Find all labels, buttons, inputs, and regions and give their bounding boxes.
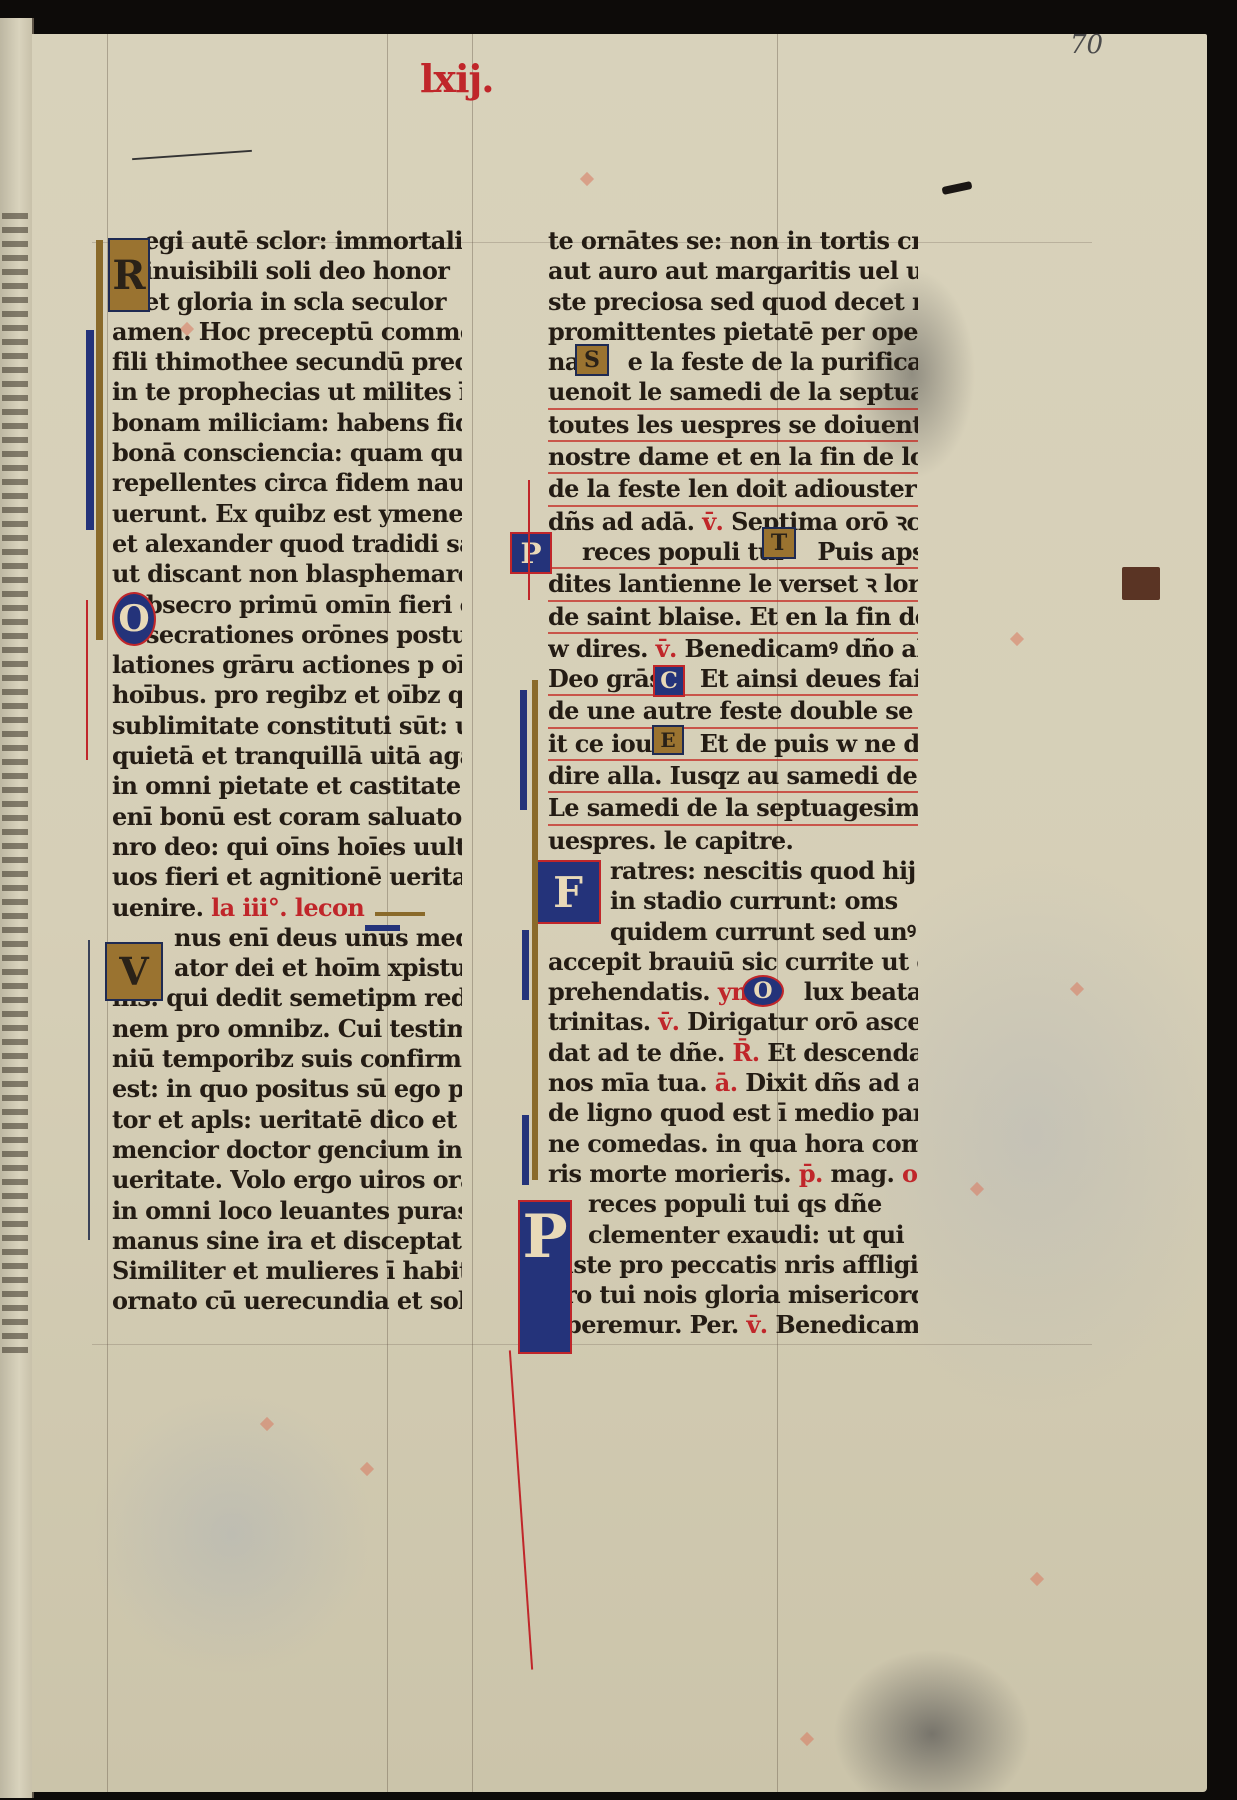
text-line: dat ad te dñe. R̄. Et descendat sup: [548, 1038, 918, 1068]
text-line: dites lantienne le verset ꝛ loreisō: [548, 569, 918, 601]
line-filler-blue: [365, 925, 400, 931]
text-line: et gloria in scla seculor: [112, 287, 462, 317]
rubric: v̄.: [658, 1007, 679, 1036]
text-line: ratres: nescitis quod hij q̄: [548, 856, 918, 886]
text-line: nus enī deus unus medi: [112, 923, 462, 953]
text-line: et alexander quod tradidi sathane:: [112, 529, 462, 559]
text-segment: Dixit dñs ad adā: [745, 1068, 918, 1097]
text-line: ueritate. Volo ergo uiros orare: [112, 1165, 462, 1195]
text-line: bonam miliciam: habens fidē et: [112, 408, 462, 438]
text-segment: dat ad te dñe.: [548, 1038, 725, 1067]
text-line: dire alla. Iusqz au samedi de pasqz.: [548, 761, 918, 793]
text-line: quietā et tranquillā uitā agam: [112, 741, 462, 771]
text-line: w dires. v̄. Benedicamꝰ dño alla al.: [548, 634, 918, 664]
text-line: bsecro primū omīn fieri ob: [112, 590, 462, 620]
text-segment: dñs ad adā.: [548, 507, 694, 536]
blue-initial-p: P: [510, 532, 552, 574]
text-segment: lux beata: [804, 977, 918, 1006]
initial-border-blue: [522, 930, 529, 1000]
text-segment: Deo grās.: [548, 664, 670, 693]
text-line: de ligno quod est ī medio paradisi: [548, 1098, 918, 1128]
text-line: de une autre feste double se elle ueno: [548, 696, 918, 728]
text-line: accepit brauiū sic currite ut cō: [548, 947, 918, 977]
marginal-flourish: [580, 172, 594, 186]
text-line: nostre dame et en la fin de loreison: [548, 442, 918, 474]
left-column: egi autē sclor: immortali inuisibili sol…: [112, 226, 462, 1317]
blue-initial-c: C: [653, 665, 685, 697]
text-line: in te prophecias ut milites ī illis: [112, 377, 462, 407]
text-line: de saint blaise. Et en la fin de loreisō: [548, 602, 918, 634]
illuminated-initial-o: O: [112, 592, 156, 646]
pen-flourish-red: [86, 600, 88, 760]
text-line: Deo grās.Et ainsi deues faire: [548, 664, 918, 696]
text-line: in omni loco leuantes puras: [112, 1196, 462, 1226]
rubric: la iii°. lecon: [211, 893, 364, 922]
right-column: te ornātes se: non in tortis crinib: aut…: [548, 226, 918, 1341]
initial-border-blue: [522, 1115, 529, 1185]
text-line: est: in quo positus sū ego pdica: [112, 1074, 462, 1104]
ruling-line: [472, 34, 473, 1792]
pen-stroke: [132, 150, 252, 160]
text-segment: Septima orō ꝛc.: [731, 507, 918, 536]
initial-border-gold: [96, 240, 103, 640]
text-segment: Et ainsi deues faire: [700, 664, 918, 693]
rubric: v̄.: [656, 634, 677, 663]
text-segment: Benedicamꝰ dño alla al.: [685, 634, 918, 663]
text-line: repellentes circa fidem naufraga: [112, 468, 462, 498]
initial-border-blue: [86, 330, 94, 530]
text-line: lationes grāru actiones p oībz: [112, 650, 462, 680]
text-line: promittentes pietatē per opera bo: [548, 317, 918, 347]
marginal-flourish: [360, 1462, 374, 1476]
illuminated-initial-r: R: [108, 238, 150, 312]
text-segment: e la feste de la purification: [628, 347, 918, 376]
marginal-flourish: [1010, 632, 1024, 646]
illuminated-initial-f: F: [535, 860, 601, 924]
text-line: Similiter et mulieres ī habitu: [112, 1256, 462, 1286]
text-line: ihs: qui dedit semetipm redēptio: [112, 983, 462, 1013]
text-line: nro deo: qui oīns hoīes uult sal: [112, 832, 462, 862]
text-line: tor et apls: ueritatē dico et non: [112, 1105, 462, 1135]
rubric: v̄.: [702, 507, 723, 536]
previous-leaf-edge: [0, 18, 34, 1798]
illuminated-initial-p: P: [518, 1200, 572, 1354]
text-segment: ris morte morieris.: [548, 1159, 791, 1188]
text-line: sublimitate constituti sūt: ut: [112, 711, 462, 741]
text-line: clementer exaudi: ut qui: [548, 1220, 918, 1250]
text-line: amen. Hoc preceptū commendo tibi: [112, 317, 462, 347]
text-segment: Et descendat sup: [767, 1038, 918, 1067]
text-line: uenire. la iii°. lecon: [112, 893, 462, 923]
text-line: Le samedi de la septuagesime ad: [548, 793, 918, 825]
text-line: in omni pietate et castitate. Hoc: [112, 771, 462, 801]
text-line: ornato cū uerecundia et sobrietā: [112, 1286, 462, 1316]
text-line: hoībus. pro regibz et oībz qui in: [112, 680, 462, 710]
text-line: it ce iour.Et de puis w ne deues: [548, 729, 918, 761]
text-line: ste preciosa sed quod decet mulieres: [548, 287, 918, 317]
text-line: te ornātes se: non in tortis crinib:: [548, 226, 918, 256]
text-line: de la feste len doit adiouster ā. Dixit: [548, 474, 918, 506]
leather-page-tab[interactable]: [1122, 567, 1160, 600]
text-line: ator dei et hoīm xpistus: [112, 953, 462, 983]
initial-border-gold: [532, 680, 538, 1180]
text-segment: prehendatis.: [548, 977, 710, 1006]
text-line: liberemur. Per. v̄. Benedicamꝰ: [548, 1310, 918, 1340]
text-line: enī bonū est coram saluatore: [112, 802, 462, 832]
text-line: manus sine ira et disceptatione: [112, 1226, 462, 1256]
pen-flourish-blue: [88, 940, 90, 1240]
blue-initial-o: O: [742, 975, 784, 1007]
text-segment: uenire.: [112, 893, 203, 922]
text-line: ne comedas. in qua hora comede: [548, 1129, 918, 1159]
marginal-flourish: [1030, 1572, 1044, 1586]
text-line: trinitas. v̄. Dirigatur orō ascen: [548, 1007, 918, 1037]
pen-flourish-red: [528, 480, 530, 600]
text-segment: nos mīa tua.: [548, 1068, 707, 1097]
text-segment: Dirigatur orō ascen: [687, 1007, 918, 1036]
text-segment: Benedicamꝰ: [775, 1310, 918, 1339]
text-segment: Puis aps: [817, 537, 918, 566]
text-line: aut auro aut margaritis uel ue: [548, 256, 918, 286]
text-line: nos mīa tua. ā. Dixit dñs ad adā: [548, 1068, 918, 1098]
illuminated-initial-v: V: [105, 942, 163, 1001]
text-line: mencior doctor gencium in fide et: [112, 1135, 462, 1165]
previous-leaf-text: [2, 213, 28, 1353]
text-line: inuisibili soli deo honor: [112, 256, 462, 286]
text-line: iuste pro peccatis nris affligim: [548, 1250, 918, 1280]
text-line: uespres. le capitre.: [548, 826, 918, 856]
text-segment: trinitas.: [548, 1007, 651, 1036]
gold-initial-t: T: [762, 527, 796, 559]
text-segment: mag.: [831, 1159, 895, 1188]
marginal-flourish: [800, 1732, 814, 1746]
text-line: fili thimothee secundū precedētes: [112, 347, 462, 377]
rubric: orō: [902, 1159, 918, 1188]
text-segment: Et de puis w ne deues: [700, 729, 918, 758]
text-line: niū temporibz suis confirmatū: [112, 1044, 462, 1074]
text-line: prehendatis. ym.lux beata: [548, 977, 918, 1007]
rubric: v̄.: [746, 1310, 767, 1339]
text-segment: reces populi tui: [582, 537, 783, 566]
text-line: reces populi tuiPuis aps: [548, 537, 918, 569]
text-line: uerunt. Ex quibz est ymeneus: [112, 499, 462, 529]
text-line: dñs ad adā. v̄. Septima orō ꝛc. orō: [548, 507, 918, 537]
marginal-flourish: [1070, 982, 1084, 996]
ink-mark: [941, 181, 972, 195]
text-segment: liberemur. Per.: [548, 1310, 739, 1339]
text-line: egi autē sclor: immortali: [112, 226, 462, 256]
running-header: lxij.: [420, 56, 494, 101]
text-line: uos fieri et agnitionē ueritatis: [112, 862, 462, 892]
ruling-line: [92, 1344, 1092, 1345]
gold-initial-s: S: [575, 344, 609, 376]
marginal-flourish: [260, 1417, 274, 1431]
line-filler-gold: [375, 912, 425, 916]
text-line: secrationes orōnes postu: [112, 620, 462, 650]
text-line: ris morte morieris. p̄. mag. orō: [548, 1159, 918, 1189]
text-line: toutes les uespres se doiuent dire de: [548, 410, 918, 442]
text-line: nem pro omnibz. Cui testimo: [112, 1014, 462, 1044]
text-line: reces populi tui qs dñe: [548, 1189, 918, 1219]
text-segment: ut discant non blasphemare.: [112, 559, 462, 588]
gold-initial-e: E: [652, 725, 684, 755]
text-line: bonā consciencia: quam quidē: [112, 438, 462, 468]
text-line: in stadio currunt: oms: [548, 886, 918, 916]
text-line: quidem currunt sed unꝰ: [548, 917, 918, 947]
folio-number: 70: [1070, 30, 1103, 60]
rubric: p̄.: [799, 1159, 823, 1188]
marginal-flourish: [970, 1182, 984, 1196]
text-line: ut discant non blasphemare. la ii°.: [112, 559, 462, 589]
text-line: pro tui nois gloria misericordr: [548, 1280, 918, 1310]
rubric: R̄.: [732, 1038, 759, 1067]
rubric: ā.: [715, 1068, 738, 1097]
text-line: uenoit le samedi de la septuagesime: [548, 377, 918, 409]
text-segment: w dires.: [548, 634, 648, 663]
initial-border-blue: [520, 690, 527, 810]
text-segment: uespres. le capitre.: [548, 826, 793, 855]
